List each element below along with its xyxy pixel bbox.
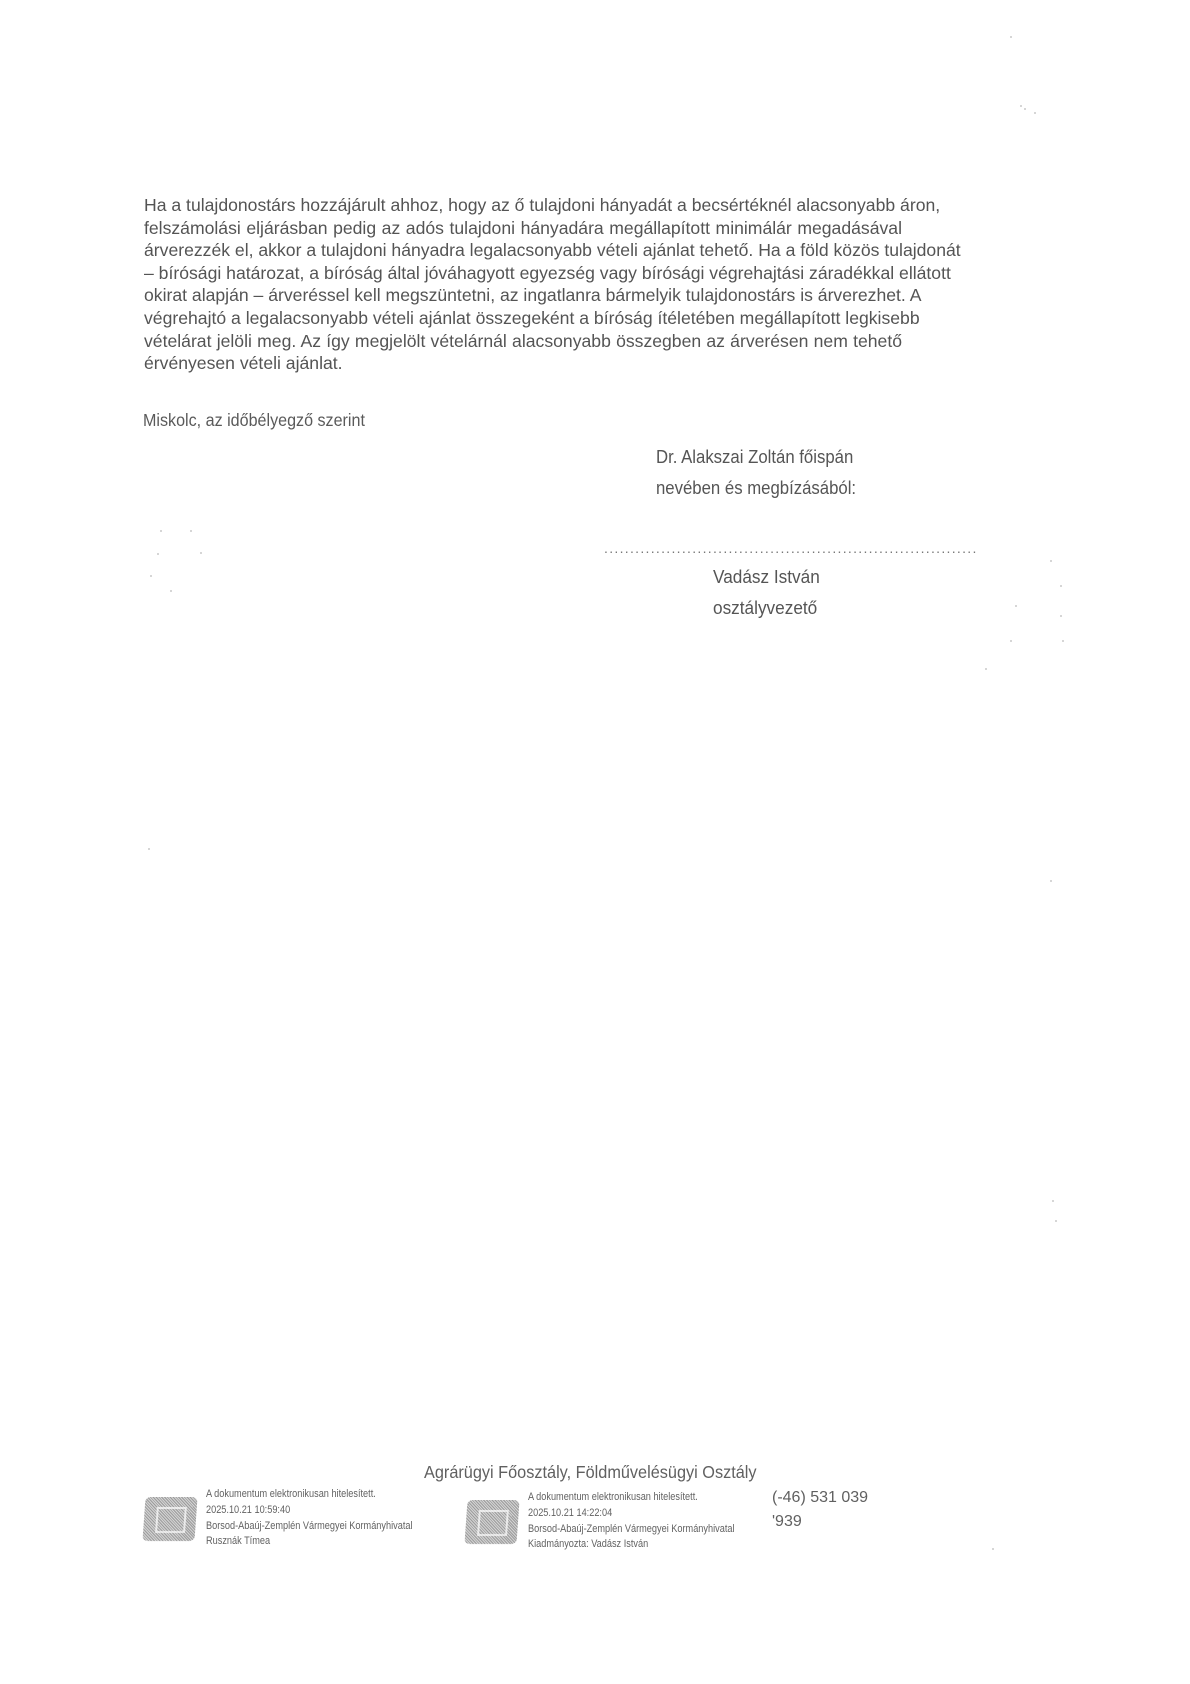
paragraph-line: végrehajtó a legalacsonyabb vételi ajánl… [144,307,902,330]
stamp-text: A dokumentum elektronikusan hitelesített… [206,1487,413,1550]
signatory-title: osztályvezető [713,597,817,619]
paragraph-line: okirat alapján – árveréssel kell megszün… [144,284,902,307]
on-behalf-line-1: Dr. Alakszai Zoltán főispán [656,447,853,468]
paragraph-line: vételárat jelöli meg. Az így megjelölt v… [144,330,902,353]
paragraph-line: árverezzék el, akkor a tulajdoni hányadr… [144,239,902,262]
fax-number: '939 [772,1510,868,1534]
body-paragraph: Ha a tulajdonostárs hozzájárult ahhoz, h… [144,194,902,375]
paragraph-line: Ha a tulajdonostárs hozzájárult ahhoz, h… [144,194,902,217]
footer-department: Agrárügyi Főosztály, Földművelésügyi Osz… [424,1462,757,1483]
phone-number: (-46) 531 039 [772,1486,868,1510]
stamp-text: A dokumentum elektronikusan hitelesített… [528,1490,735,1553]
signatory-name: Vadász István [713,566,820,588]
electronic-seal-icon [142,1497,197,1541]
electronic-seal-icon [464,1500,519,1544]
place-and-date: Miskolc, az időbélyegző szerint [143,410,365,431]
paragraph-line: – bírósági határozat, a bíróság által jó… [144,262,902,285]
footer-contact: (-46) 531 039 '939 [772,1486,868,1534]
paragraph-line: felszámolási eljárásban pedig az adós tu… [144,217,902,240]
signature-dotted-line: ........................................… [604,540,978,556]
on-behalf-line-2: nevében és megbízásából: [656,478,856,499]
paragraph-line: érvényesen vételi ajánlat. [144,352,902,375]
